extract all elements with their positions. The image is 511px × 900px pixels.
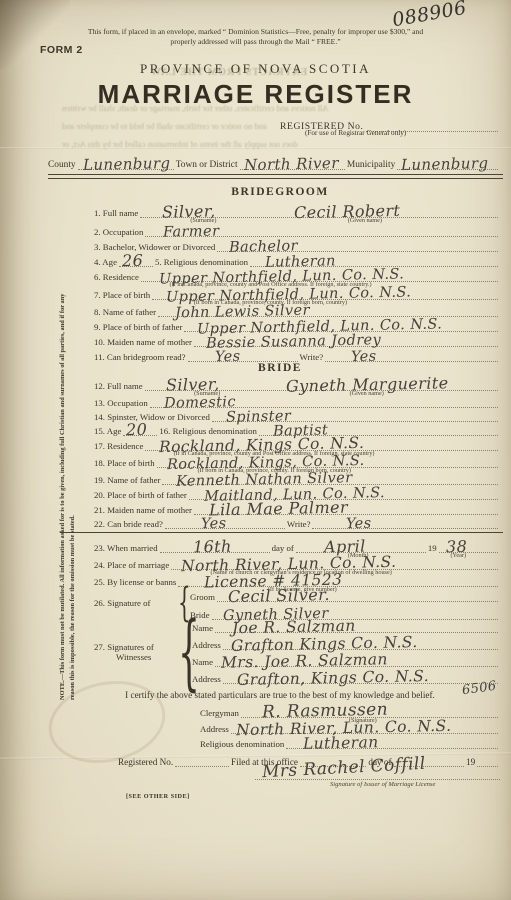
field-8-line: John Lewis Silver (158, 301, 498, 317)
certification-statement: I certify the above stated particulars a… (60, 690, 500, 700)
clergyman-line: R. Rasmussen (Signature) (241, 702, 498, 718)
field-27-label-1: 27. Signatures of (94, 642, 154, 652)
field-12-full-name: 12. Full name Silver, Gyneth Marguerite … (94, 376, 500, 391)
field-18-label: 18. Place of birth (94, 458, 155, 468)
margin-note: NOTE.—This form must not be mutilated. A… (58, 276, 79, 700)
field-22-literacy: 22. Can bride read? Yes Write? Yes (94, 514, 500, 529)
field-7-birthplace: 7. Place of birth Upper Northfield, Lun.… (94, 285, 500, 300)
day-of-label: day of (272, 543, 294, 553)
bridegroom-heading: BRIDEGROOM (60, 186, 500, 198)
witness-1-address-label: Address (192, 640, 221, 650)
field-27-witnesses: 27. Signatures of Witnesses { Name Joe R… (94, 618, 500, 688)
field-3-label: 3. Bachelor, Widower or Divorced (94, 242, 215, 252)
county-value: Lunenburg (83, 154, 171, 174)
field-17-residence: 17. Residence Rockland, Kings Co. N.S. (… (94, 436, 500, 451)
town-label: Town or District (176, 160, 238, 170)
municipality-label: Municipality (347, 160, 395, 170)
field-23-year-line: 38 (Year) (439, 537, 498, 553)
clergyman-row: Clergyman R. Rasmussen (Signature) (200, 703, 500, 718)
witness-1-name-line: Joe R. Salzman (215, 617, 498, 633)
field-23-label: 23. When married (94, 543, 158, 553)
year-prefix: 19 (428, 543, 437, 553)
issuer-signature-caption: Signature of Issuer of Marriage License (330, 781, 435, 788)
field-12-line: Silver, Gyneth Marguerite (Surname) (Giv… (145, 375, 498, 391)
field-22-write-label: Write? (287, 519, 311, 529)
field-8-father-name: 8. Name of father John Lewis Silver (94, 302, 500, 317)
field-17-label: 17. Residence (94, 441, 143, 451)
town-value: North River (244, 154, 339, 174)
field-26-label: 26. Signature of (94, 598, 150, 608)
field-6-residence: 6. Residence Upper Northfield, Lun. Co. … (94, 267, 500, 282)
municipality-field: Lunenburg (397, 152, 498, 170)
page-title: MARRIAGE REGISTER (0, 79, 511, 110)
county-row: County Lunenburg Town or District North … (48, 153, 500, 170)
field-12-label: 12. Full name (94, 381, 143, 391)
witness-2-name-line: Mrs. Joe R. Salzman (215, 651, 498, 667)
field-10-label: 10. Maiden name of mother (94, 337, 192, 347)
municipality-value: Lunenburg (401, 154, 489, 174)
field-5-line: Lutheran (250, 251, 498, 267)
province-heading: PROVINCE OF NOVA SCOTIA (0, 61, 511, 77)
field-11-read-line: Yes (188, 346, 298, 362)
field-24-place-of-marriage: 24. Place of marriage North River, Lun. … (94, 555, 500, 570)
field-6-line: Upper Northfield, Lun. Co. N.S. (If in C… (141, 266, 498, 282)
field-2-label: 2. Occupation (94, 227, 143, 237)
field-1-label: 1. Full name (94, 208, 138, 218)
filing-year-prefix: 19 (466, 757, 475, 767)
see-other-side-note: [SEE OTHER SIDE] (126, 793, 190, 800)
field-26-signature-of: 26. Signature of { Groom Cecil Silver. B… (94, 585, 500, 621)
field-11-write-line: Yes (325, 346, 498, 362)
field-2-occupation: 2. Occupation Farmer (94, 222, 500, 237)
filing-registered-no-label: Registered No. (118, 757, 173, 767)
field-7-label: 7. Place of birth (94, 290, 150, 300)
field-8-label: 8. Name of father (94, 307, 156, 317)
field-10-mother-maiden-name: 10. Maiden name of mother Bessie Susanna… (94, 332, 500, 347)
bleed-through-text: and no notice or certificate shall be he… (62, 121, 267, 131)
groom-signature-line: Cecil Silver. (217, 586, 498, 602)
bleed-through-text: does not supply all the items of informa… (62, 139, 298, 149)
field-27-label-2: Witnesses (116, 652, 151, 662)
county-field: Lunenburg (78, 152, 174, 170)
witness-2-name-label: Name (192, 657, 213, 667)
field-24-line: North River, Lun. Co. N.S. (Name of chur… (171, 554, 498, 570)
double-rule (48, 174, 503, 179)
field-1-full-name: 1. Full name Silver, Cecil Robert (Surna… (94, 203, 500, 218)
witness-2-address-line: Grafton, Kings Co. N.S. (223, 668, 498, 684)
county-label: County (48, 160, 76, 170)
field-20-label: 20. Place of birth of father (94, 490, 187, 500)
field-3-line: Bachelor (217, 236, 498, 252)
clergyman-address-row: Address North River, Lun. Co. N.S. (200, 719, 500, 734)
marriage-register-page: EXTRACTS FROM THE LAW All notices and ce… (0, 0, 511, 900)
field-4-label: 4. Age (94, 257, 117, 267)
bride-heading: BRIDE (60, 362, 500, 374)
field-17-line: Rockland, Kings Co. N.S. (If in Canada, … (145, 435, 498, 451)
witness-1-name-label: Name (192, 623, 213, 633)
field-9-line: Upper Northfield, Lun. Co. N.S. (184, 316, 498, 332)
mail-notice-line2: properly addressed will pass through the… (40, 37, 471, 46)
denomination-line: Lutheran (286, 733, 498, 749)
field-19-father-name: 19. Name of father Kenneth Nathan Silver (94, 470, 500, 485)
groom-signature: Cecil Silver. (228, 585, 330, 606)
field-6-label: 6. Residence (94, 272, 139, 282)
field-15-line: 20 (123, 420, 157, 436)
section-rule (60, 532, 503, 533)
clergyman-label: Clergyman (200, 708, 239, 718)
field-22-write-line: Yes (312, 513, 498, 529)
witness-2-address: Grafton, Kings Co. N.S. (236, 667, 428, 689)
clergyman-address-line: North River, Lun. Co. N.S. (231, 718, 498, 734)
field-23-month-line: April (Month) (296, 537, 426, 553)
form-number: FORM 2 (40, 44, 83, 56)
field-22-read-line: Yes (165, 513, 285, 529)
bride-can-write: Yes (346, 516, 372, 533)
groom-signature-label: Groom (190, 592, 215, 602)
field-3-marital-status: 3. Bachelor, Widower or Divorced Bachelo… (94, 237, 500, 252)
field-9-label: 9. Place of birth of father (94, 322, 182, 332)
field-2-line: Farmer (145, 221, 498, 237)
witness-1-address-line: Grafton Kings Co. N.S. (223, 634, 498, 650)
field-23-when-married: 23. When married 16th day of April (Mont… (94, 538, 500, 553)
filing-registered-no-line (175, 751, 229, 767)
field-22-label: 22. Can bride read? (94, 519, 163, 529)
field-24-label: 24. Place of marriage (94, 560, 169, 570)
witness-2-address-label: Address (192, 674, 221, 684)
town-field: North River (240, 152, 345, 170)
bride-can-read: Yes (201, 516, 227, 533)
field-10-line: Bessie Susanna Jodrey (194, 331, 498, 347)
denomination-value: Lutheran (303, 733, 379, 753)
field-11-label: 11. Can bridegroom read? (94, 352, 186, 362)
field-18-line: Rockland, Kings, Co. N.S. (If born in Ca… (157, 452, 498, 468)
filing-year-line (477, 751, 498, 767)
field-19-label: 19. Name of father (94, 475, 160, 485)
field-18-birthplace: 18. Place of birth Rockland, Kings, Co. … (94, 453, 500, 468)
mail-notice-line1: This form, if placed in an envelope, mar… (40, 27, 471, 36)
registered-no-note: (For use of Registrar General only) (305, 129, 406, 137)
denomination-label: Religious denomination (200, 739, 284, 749)
field-4-5-age-religion: 4. Age 26 5. Religious denomination Luth… (94, 252, 500, 267)
field-1-line: Silver, Cecil Robert (Surname) (Given na… (140, 202, 498, 218)
field-11-literacy: 11. Can bridegroom read? Yes Write? Yes (94, 347, 500, 362)
field-9-father-birthplace: 9. Place of birth of father Upper Northf… (94, 317, 500, 332)
field-15-label: 15. Age (94, 426, 121, 436)
clergyman-address-label: Address (200, 724, 229, 734)
field-4-line: 26 (119, 251, 153, 267)
issuer-signature-line (255, 778, 500, 780)
field-7-line: Upper Northfield, Lun. Co. N.S. (If born… (152, 284, 498, 300)
field-11-write-label: Write? (300, 352, 324, 362)
field-15-16-age-religion: 15. Age 20 16. Religious denomination Ba… (94, 421, 500, 436)
denomination-row: Religious denomination Lutheran (200, 734, 500, 749)
field-19-line: Kenneth Nathan Silver (162, 469, 498, 485)
field-23-day-line: 16th (160, 537, 270, 553)
field-16-line: Baptist (259, 420, 498, 436)
